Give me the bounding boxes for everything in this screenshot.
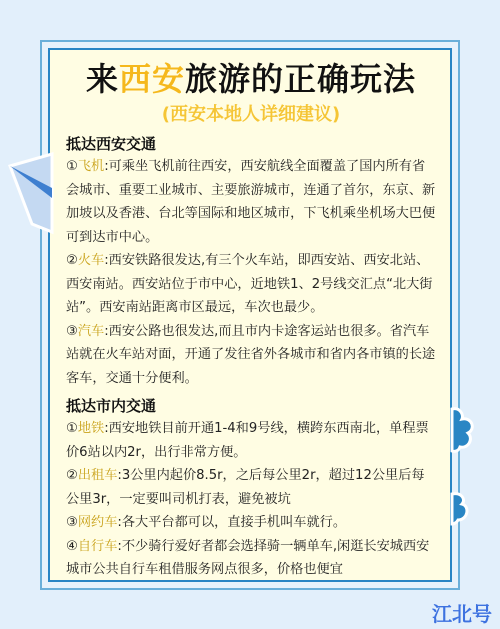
item-number: ① [66,159,78,174]
list-item-metro: ①地铁:西安地铁目前开通1-4和9号线，横跨东西南北，单程票价6站以内2r，出行… [66,417,436,464]
list-item-plane: ①飞机:可乘坐飞机前往西安，西安航线全面覆盖了国内所有省会城市、重要工业城市、主… [66,155,436,249]
item-text: :西安地铁目前开通1-4和9号线，横跨东西南北，单程票价6站以内2r，出行非常方… [66,421,429,460]
item-text: :各大平台都可以，直接手机叫车就行。 [117,515,346,530]
item-text: :可乘坐飞机前往西安，西安航线全面覆盖了国内所有省会城市、重要工业城市、主要旅游… [66,159,435,245]
title-part2: 旅游的正确玩法 [185,60,416,98]
item-keyword: 出租车 [78,468,118,483]
item-number: ④ [66,539,78,554]
cloud-decoration-icon [450,490,474,526]
section-city-transport: 抵达市内交通 ①地铁:西安地铁目前开通1-4和9号线，横跨东西南北，单程票价6站… [66,395,436,582]
item-keyword: 自行车 [78,539,118,554]
item-number: ② [66,253,78,268]
item-text: :不少骑行爱好者都会选择骑一辆单车,闲逛长安城西安城市公共自行车租借服务网点很多… [66,539,429,578]
card-outer-frame: 来西安旅游的正确玩法 (西安本地人详细建议) 抵达西安交通 ①飞机:可乘坐飞机前… [40,40,460,590]
list-item-bus: ③汽车:西安公路也很发达,而且市内卡途客运站也很多。省汽车站就在火车站对面，开通… [66,320,436,391]
item-text: :西安公路也很发达,而且市内卡途客运站也很多。省汽车站就在火车站对面，开通了发往… [66,324,435,386]
title-highlight: 西安 [119,60,185,98]
section-heading: 抵达西安交通 [66,133,436,155]
content-card: 来西安旅游的正确玩法 (西安本地人详细建议) 抵达西安交通 ①飞机:可乘坐飞机前… [48,48,452,582]
list-item-bicycle: ④自行车:不少骑行爱好者都会选择骑一辆单车,闲逛长安城西安城市公共自行车租借服务… [66,535,436,582]
page-subtitle: (西安本地人详细建议) [66,102,436,128]
watermark-logo: 江北号 [432,598,492,627]
item-text: :3公里内起价8.5r，之后每公里2r，超过12公里后每公里3r，一定要叫司机打… [66,468,425,507]
item-keyword: 网约车 [78,515,118,530]
item-keyword: 飞机 [78,159,104,174]
item-number: ③ [66,515,78,530]
item-number: ③ [66,324,78,339]
item-keyword: 汽车 [78,324,104,339]
page-title: 来西安旅游的正确玩法 [66,58,436,100]
paper-plane-icon [6,148,54,238]
list-item-taxi: ②出租车:3公里内起价8.5r，之后每公里2r，超过12公里后每公里3r，一定要… [66,464,436,511]
title-part1: 来 [86,60,119,98]
section-arrival-xian: 抵达西安交通 ①飞机:可乘坐飞机前往西安，西安航线全面覆盖了国内所有省会城市、重… [66,133,436,390]
item-text: :西安铁路很发达,有三个火车站，即西安站、西安北站、西安南站。西安站位于市中心，… [66,253,433,315]
list-item-ride-hailing: ③网约车:各大平台都可以，直接手机叫车就行。 [66,511,436,535]
list-item-train: ②火车:西安铁路很发达,有三个火车站，即西安站、西安北站、西安南站。西安站位于市… [66,249,436,320]
item-number: ② [66,468,78,483]
item-keyword: 火车 [78,253,104,268]
item-number: ① [66,421,78,436]
cloud-decoration-icon [450,405,478,455]
item-keyword: 地铁 [78,421,104,436]
section-heading: 抵达市内交通 [66,395,436,417]
